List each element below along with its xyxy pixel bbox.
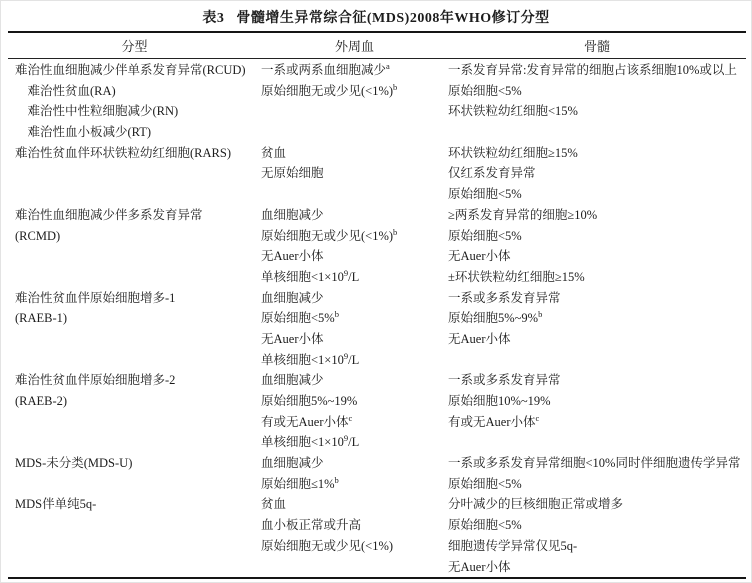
cell-line: 原始细胞5%~19% bbox=[261, 391, 448, 412]
cell-line: 单核细胞<1×109/L bbox=[261, 267, 448, 288]
cell-line: 无原始细胞 bbox=[261, 163, 448, 184]
table-body: 难治性血细胞减少伴单系发育异常(RCUD) 难治性贫血(RA) 难治性中性粒细胞… bbox=[8, 59, 746, 577]
cell-line: (RAEB-2) bbox=[15, 391, 261, 412]
cell-peripheral-blood: 贫血无原始细胞 bbox=[261, 143, 448, 205]
cell-peripheral-blood: 贫血血小板正常或升高原始细胞无或少见(<1%) bbox=[261, 494, 448, 577]
cell-line: 单核细胞<1×109/L bbox=[261, 432, 448, 453]
cell-type: 难治性血细胞减少伴多系发育异常(RCMD) bbox=[8, 205, 261, 288]
table-title-label: 表3 bbox=[202, 11, 224, 26]
cell-line: 难治性贫血(RA) bbox=[15, 81, 261, 102]
column-header-peripheral-blood: 外周血 bbox=[261, 36, 448, 55]
cell-line: 贫血 bbox=[261, 143, 448, 164]
cell-line: 环状铁粒幼红细胞≥15% bbox=[448, 143, 746, 164]
cell-peripheral-blood: 血细胞减少原始细胞无或少见(<1%)b无Auer小体单核细胞<1×109/L bbox=[261, 205, 448, 288]
cell-line: 难治性贫血伴原始细胞增多-1 bbox=[15, 288, 261, 309]
cell-line: 血细胞减少 bbox=[261, 453, 448, 474]
cell-line: 无Auer小体 bbox=[261, 246, 448, 267]
cell-peripheral-blood: 血细胞减少原始细胞<5%b无Auer小体单核细胞<1×109/L bbox=[261, 288, 448, 371]
cell-line: 难治性血细胞减少伴多系发育异常 bbox=[15, 205, 261, 226]
table-row: 难治性贫血伴环状铁粒幼红细胞(RARS)贫血无原始细胞环状铁粒幼红细胞≥15%仅… bbox=[8, 143, 746, 205]
cell-line: 血小板正常或升高 bbox=[261, 515, 448, 536]
cell-line: 原始细胞无或少见(<1%)b bbox=[261, 226, 448, 247]
cell-line: 原始细胞<5% bbox=[448, 226, 746, 247]
cell-line: 原始细胞10%~19% bbox=[448, 391, 746, 412]
cell-line: 原始细胞无或少见(<1%) bbox=[261, 536, 448, 557]
cell-line: MDS伴单纯5q- bbox=[15, 494, 261, 515]
table-row: 难治性贫血伴原始细胞增多-2(RAEB-2)血细胞减少原始细胞5%~19%有或无… bbox=[8, 370, 746, 453]
cell-type: 难治性血细胞减少伴单系发育异常(RCUD) 难治性贫血(RA) 难治性中性粒细胞… bbox=[8, 60, 261, 143]
table-row: MDS-未分类(MDS-U)血细胞减少原始细胞≤1%b一系或多系发育异常细胞<1… bbox=[8, 453, 746, 494]
column-header-bone-marrow: 骨髓 bbox=[448, 36, 746, 55]
document-page: 表3骨髓增生异常综合征(MDS)2008年WHO修订分型 分型 外周血 骨髓 难… bbox=[0, 0, 752, 583]
cell-line: 一系或多系发育异常 bbox=[448, 288, 746, 309]
column-header-classification: 分型 bbox=[8, 36, 261, 55]
cell-line: 原始细胞无或少见(<1%)b bbox=[261, 81, 448, 102]
cell-peripheral-blood: 血细胞减少原始细胞5%~19%有或无Auer小体c单核细胞<1×109/L bbox=[261, 370, 448, 453]
cell-line: 血细胞减少 bbox=[261, 205, 448, 226]
cell-line: 难治性贫血伴环状铁粒幼红细胞(RARS) bbox=[15, 143, 261, 164]
table-row: 难治性血细胞减少伴多系发育异常(RCMD)血细胞减少原始细胞无或少见(<1%)b… bbox=[8, 205, 746, 288]
table-title-text: 骨髓增生异常综合征(MDS)2008年WHO修订分型 bbox=[236, 11, 549, 26]
cell-line: 原始细胞<5% bbox=[448, 81, 746, 102]
cell-bone-marrow: 一系发育异常:发育异常的细胞占该系细胞10%或以上原始细胞<5%环状铁粒幼红细胞… bbox=[448, 60, 746, 143]
cell-line: 环状铁粒幼红细胞<15% bbox=[448, 101, 746, 122]
cell-line: 原始细胞<5% bbox=[448, 515, 746, 536]
cell-type: 难治性贫血伴环状铁粒幼红细胞(RARS) bbox=[8, 143, 261, 205]
cell-line: 血细胞减少 bbox=[261, 370, 448, 391]
cell-line: 难治性中性粒细胞减少(RN) bbox=[15, 101, 261, 122]
cell-type: MDS伴单纯5q- bbox=[8, 494, 261, 577]
cell-line: 无Auer小体 bbox=[448, 557, 746, 578]
cell-line: 有或无Auer小体c bbox=[448, 412, 746, 433]
cell-line: 原始细胞<5% bbox=[448, 184, 746, 205]
table-header-row: 分型 外周血 骨髓 bbox=[8, 33, 746, 59]
cell-type: 难治性贫血伴原始细胞增多-2(RAEB-2) bbox=[8, 370, 261, 453]
cell-line: 原始细胞<5%b bbox=[261, 308, 448, 329]
table-bottom-rule bbox=[8, 577, 746, 579]
cell-line: 难治性血细胞减少伴单系发育异常(RCUD) bbox=[15, 60, 261, 81]
cell-line: 一系或多系发育异常细胞<10%同时伴细胞遗传学异常 bbox=[448, 453, 746, 474]
table-row: 难治性血细胞减少伴单系发育异常(RCUD) 难治性贫血(RA) 难治性中性粒细胞… bbox=[8, 60, 746, 143]
cell-line: 一系或两系血细胞减少a bbox=[261, 60, 448, 81]
cell-bone-marrow: 环状铁粒幼红细胞≥15%仅红系发育异常原始细胞<5% bbox=[448, 143, 746, 205]
cell-line: MDS-未分类(MDS-U) bbox=[15, 453, 261, 474]
cell-line: 原始细胞<5% bbox=[448, 474, 746, 495]
cell-line: 原始细胞≤1%b bbox=[261, 474, 448, 495]
cell-bone-marrow: 一系或多系发育异常原始细胞5%~9%b无Auer小体 bbox=[448, 288, 746, 371]
table-row: MDS伴单纯5q-贫血血小板正常或升高原始细胞无或少见(<1%)分叶减少的巨核细… bbox=[8, 494, 746, 577]
cell-line: 有或无Auer小体c bbox=[261, 412, 448, 433]
cell-line: ±环状铁粒幼红细胞≥15% bbox=[448, 267, 746, 288]
cell-type: MDS-未分类(MDS-U) bbox=[8, 453, 261, 494]
cell-line: 一系发育异常:发育异常的细胞占该系细胞10%或以上 bbox=[448, 60, 746, 81]
table-title: 表3骨髓增生异常综合征(MDS)2008年WHO修订分型 bbox=[1, 1, 751, 31]
cell-line: 细胞遗传学异常仅见5q- bbox=[448, 536, 746, 557]
cell-line: 一系或多系发育异常 bbox=[448, 370, 746, 391]
cell-line: ≥两系发育异常的细胞≥10% bbox=[448, 205, 746, 226]
cell-peripheral-blood: 一系或两系血细胞减少a原始细胞无或少见(<1%)b bbox=[261, 60, 448, 143]
cell-bone-marrow: 分叶减少的巨核细胞正常或增多原始细胞<5%细胞遗传学异常仅见5q-无Auer小体 bbox=[448, 494, 746, 577]
cell-line: (RCMD) bbox=[15, 226, 261, 247]
cell-bone-marrow: 一系或多系发育异常细胞<10%同时伴细胞遗传学异常原始细胞<5% bbox=[448, 453, 746, 494]
cell-line: 分叶减少的巨核细胞正常或增多 bbox=[448, 494, 746, 515]
table-row: 难治性贫血伴原始细胞增多-1(RAEB-1)血细胞减少原始细胞<5%b无Auer… bbox=[8, 288, 746, 371]
cell-line: 贫血 bbox=[261, 494, 448, 515]
cell-line: 血细胞减少 bbox=[261, 288, 448, 309]
cell-line: 单核细胞<1×109/L bbox=[261, 350, 448, 371]
cell-line: 无Auer小体 bbox=[261, 329, 448, 350]
cell-line: (RAEB-1) bbox=[15, 308, 261, 329]
cell-bone-marrow: 一系或多系发育异常原始细胞10%~19%有或无Auer小体c bbox=[448, 370, 746, 453]
cell-line: 仅红系发育异常 bbox=[448, 163, 746, 184]
cell-line: 难治性血小板减少(RT) bbox=[15, 122, 261, 143]
cell-line: 无Auer小体 bbox=[448, 329, 746, 350]
cell-line: 无Auer小体 bbox=[448, 246, 746, 267]
classification-table: 分型 外周血 骨髓 难治性血细胞减少伴单系发育异常(RCUD) 难治性贫血(RA… bbox=[8, 31, 746, 579]
cell-line: 难治性贫血伴原始细胞增多-2 bbox=[15, 370, 261, 391]
cell-bone-marrow: ≥两系发育异常的细胞≥10%原始细胞<5%无Auer小体±环状铁粒幼红细胞≥15… bbox=[448, 205, 746, 288]
cell-line: 原始细胞5%~9%b bbox=[448, 308, 746, 329]
cell-peripheral-blood: 血细胞减少原始细胞≤1%b bbox=[261, 453, 448, 494]
cell-type: 难治性贫血伴原始细胞增多-1(RAEB-1) bbox=[8, 288, 261, 371]
